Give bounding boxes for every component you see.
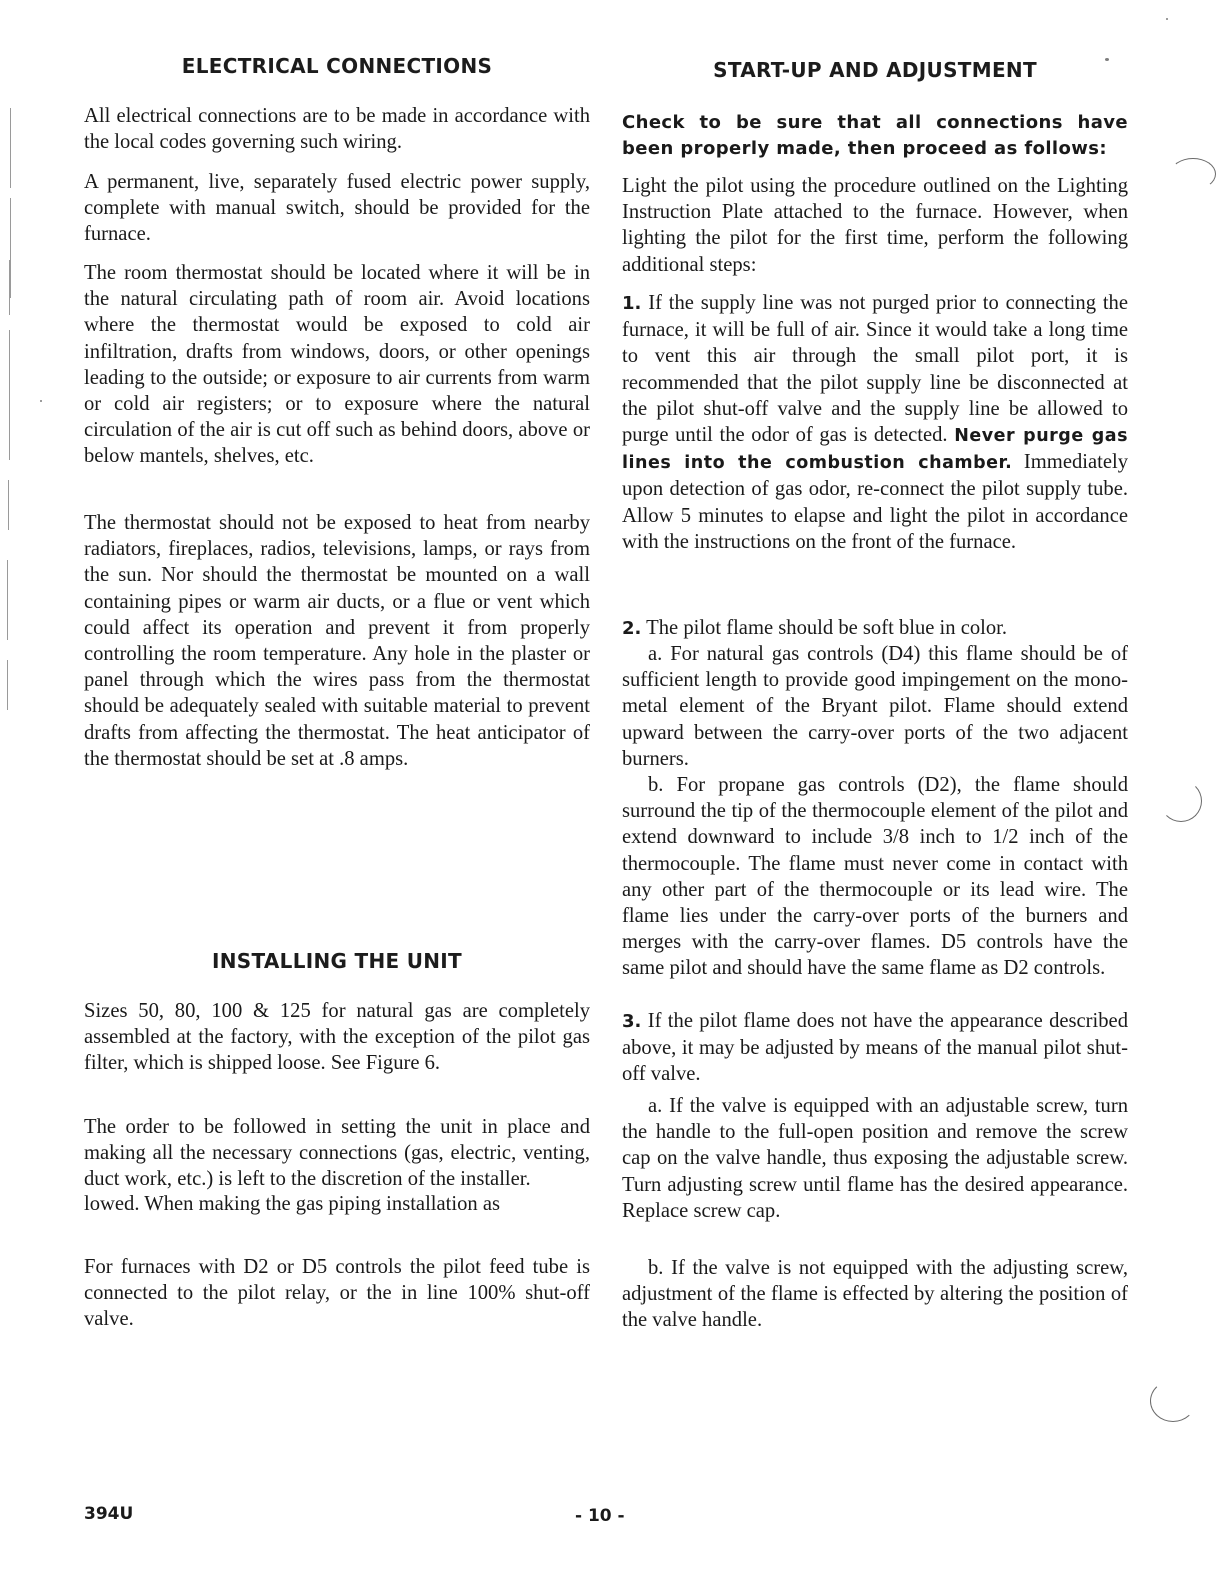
scan-edge-line — [10, 108, 11, 188]
step-2-pilot-flame-color: 2. The pilot flame should be soft blue i… — [622, 615, 1128, 642]
footer-page-number: - 10 - — [575, 1506, 625, 1526]
paragraph-pilot-feed-tube: For furnaces with D2 or D5 controls the … — [84, 1254, 590, 1333]
scan-speck — [1166, 18, 1168, 20]
paragraph-light-pilot: Light the pilot using the procedure outl… — [622, 173, 1128, 278]
section-heading-installing-the-unit: INSTALLING THE UNIT — [84, 949, 590, 973]
step-2a-natural-gas: a. For natural gas controls (D4) this fl… — [622, 641, 1128, 772]
scan-arc-mark — [1160, 780, 1202, 822]
step-3-text: If the pilot flame does not have the app… — [622, 1010, 1128, 1085]
step-2b-propane-gas: b. For propane gas controls (D2), the fl… — [622, 772, 1128, 982]
paragraph-thermostat-heat-exposure: The thermostat should not be exposed to … — [84, 510, 590, 772]
footer-model-code: 394U — [84, 1504, 133, 1524]
step-1-text-before: If the supply line was not purged prior … — [622, 292, 1128, 446]
scan-edge-line — [9, 260, 10, 315]
section-heading-electrical-connections: ELECTRICAL CONNECTIONS — [84, 54, 590, 78]
scan-arc-mark — [1170, 158, 1216, 190]
paragraph-thermostat-location: The room thermostat should be located wh… — [84, 260, 590, 470]
step-number: 2. — [622, 618, 641, 639]
scan-edge-line — [7, 660, 8, 710]
paragraph-electrical-codes: All electrical connections are to be mad… — [84, 103, 590, 155]
step-1-purge-supply-line: 1. If the supply line was not purged pri… — [622, 290, 1128, 555]
step-number: 3. — [622, 1011, 641, 1032]
step-3b-valve-handle: b. If the valve is not equipped with the… — [622, 1255, 1128, 1334]
paragraph-power-supply: A permanent, live, separately fused elec… — [84, 169, 590, 248]
step-3a-adjustable-screw: a. If the valve is equipped with an adju… — [622, 1093, 1128, 1224]
paragraph-installation-order: The order to be followed in setting the … — [84, 1114, 590, 1193]
scan-edge-line — [8, 480, 9, 530]
scan-edge-line — [7, 560, 8, 640]
paragraph-factory-assembly: Sizes 50, 80, 100 & 125 for natural gas … — [84, 998, 590, 1077]
scan-edge-line — [9, 330, 10, 460]
scan-arc-mark — [1150, 1380, 1196, 1422]
paragraph-check-connections: Check to be sure that all connections ha… — [622, 110, 1128, 162]
scan-speck — [40, 400, 42, 402]
paragraph-stray-line: lowed. When making the gas piping instal… — [84, 1192, 590, 1216]
scan-edge-line — [10, 198, 11, 298]
step-3-adjust-flame: 3. If the pilot flame does not have the … — [622, 1008, 1128, 1088]
step-2-text: The pilot flame should be soft blue in c… — [646, 617, 1007, 639]
section-heading-start-up-and-adjustment: START-UP AND ADJUSTMENT — [622, 58, 1128, 82]
step-number: 1. — [622, 293, 641, 314]
